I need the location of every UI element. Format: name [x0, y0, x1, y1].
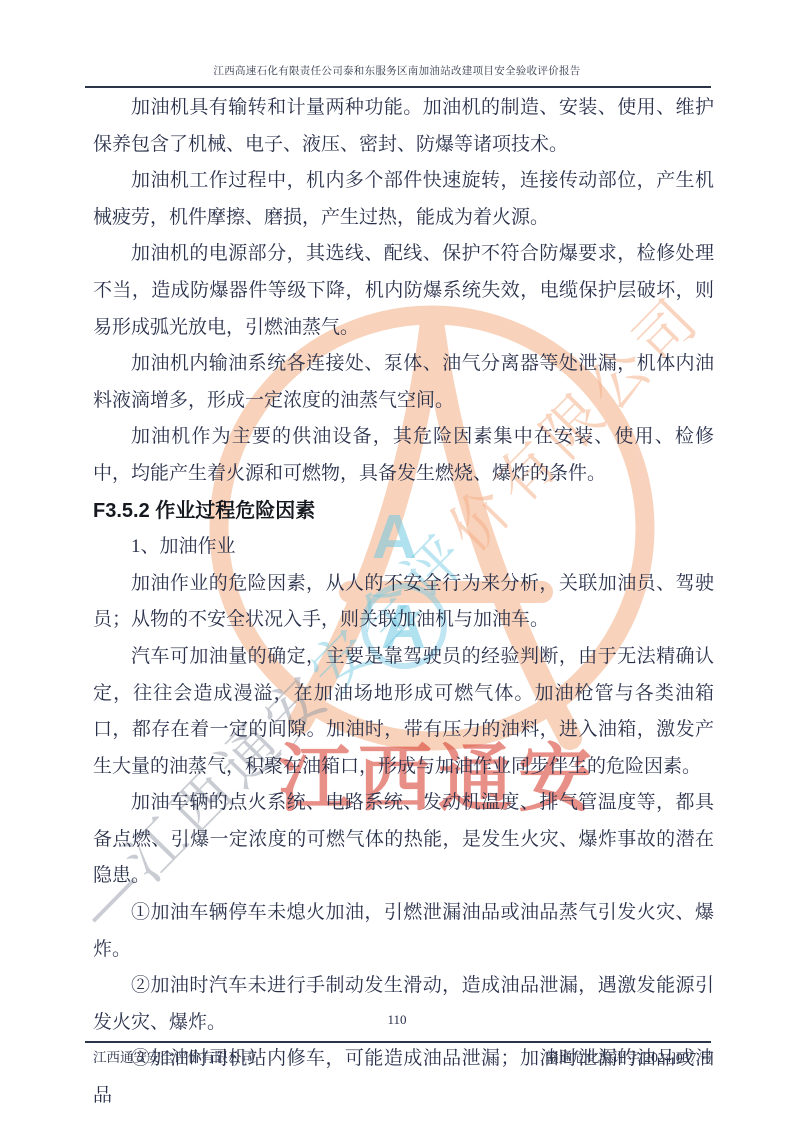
footer-doc-number: 赣通危化验评字[2024]037 号	[545, 1046, 713, 1066]
section-heading: F3.5.2 作业过程危险因素	[93, 493, 714, 530]
numbered-item: ①加油车辆停车未熄火加油，引燃泄漏油品或油品蒸气引发火灾、爆炸。	[93, 895, 714, 968]
body-paragraph: 加油机具有输转和计量两种功能。加油机的制造、安装、使用、维护保养包含了机械、电子…	[93, 90, 714, 163]
document-body: 加油机具有输转和计量两种功能。加油机的制造、安装、使用、维护保养包含了机械、电子…	[93, 90, 714, 1115]
body-paragraph: 汽车可加油量的确定，主要是靠驾驶员的经验判断，由于无法精确认定，往往会造成漫溢，…	[93, 639, 714, 785]
body-paragraph: 加油机的电源部分，其选线、配线、保护不符合防爆要求，检修处理不当，造成防爆器件等…	[93, 236, 714, 346]
numbered-item: ②加油时汽车未进行手制动发生滑动，造成油品泄漏，遇激发能源引发火灾、爆炸。	[93, 968, 714, 1041]
body-paragraph: 加油机作为主要的供油设备，其危险因素集中在安装、使用、检修中，均能产生着火源和可…	[93, 419, 714, 492]
list-item-title: 1、加油作业	[93, 529, 714, 566]
page-header-title: 江西高速石化有限责任公司泰和东服务区南加油站改建项目安全验收评价报告	[0, 63, 794, 78]
report-page: A A —江西通安安全评价有限公司 江西通安 江西高速石化有限责任公司泰和东服务…	[0, 0, 794, 1123]
footer-rule	[85, 1041, 711, 1043]
page-number: 110	[0, 1012, 794, 1028]
body-paragraph: 加油作业的危险因素，从人的不安全行为来分析，关联加油员、驾驶员；从物的不安全状况…	[93, 566, 714, 639]
body-paragraph: 加油机内输油系统各连接处、泵体、油气分离器等处泄漏，机体内油料液滴增多，形成一定…	[93, 346, 714, 419]
body-paragraph: 加油机工作过程中，机内多个部件快速旋转，连接传动部位，产生机械疲劳，机件摩擦、磨…	[93, 163, 714, 236]
footer-row: 江西通安安全评价有限公司 赣通危化验评字[2024]037 号	[93, 1046, 713, 1066]
footer-company: 江西通安安全评价有限公司	[93, 1046, 255, 1066]
header-rule	[85, 86, 711, 88]
body-paragraph: 加油车辆的点火系统、电路系统、发动机温度、排气管温度等，都具备点燃、引爆一定浓度…	[93, 785, 714, 895]
